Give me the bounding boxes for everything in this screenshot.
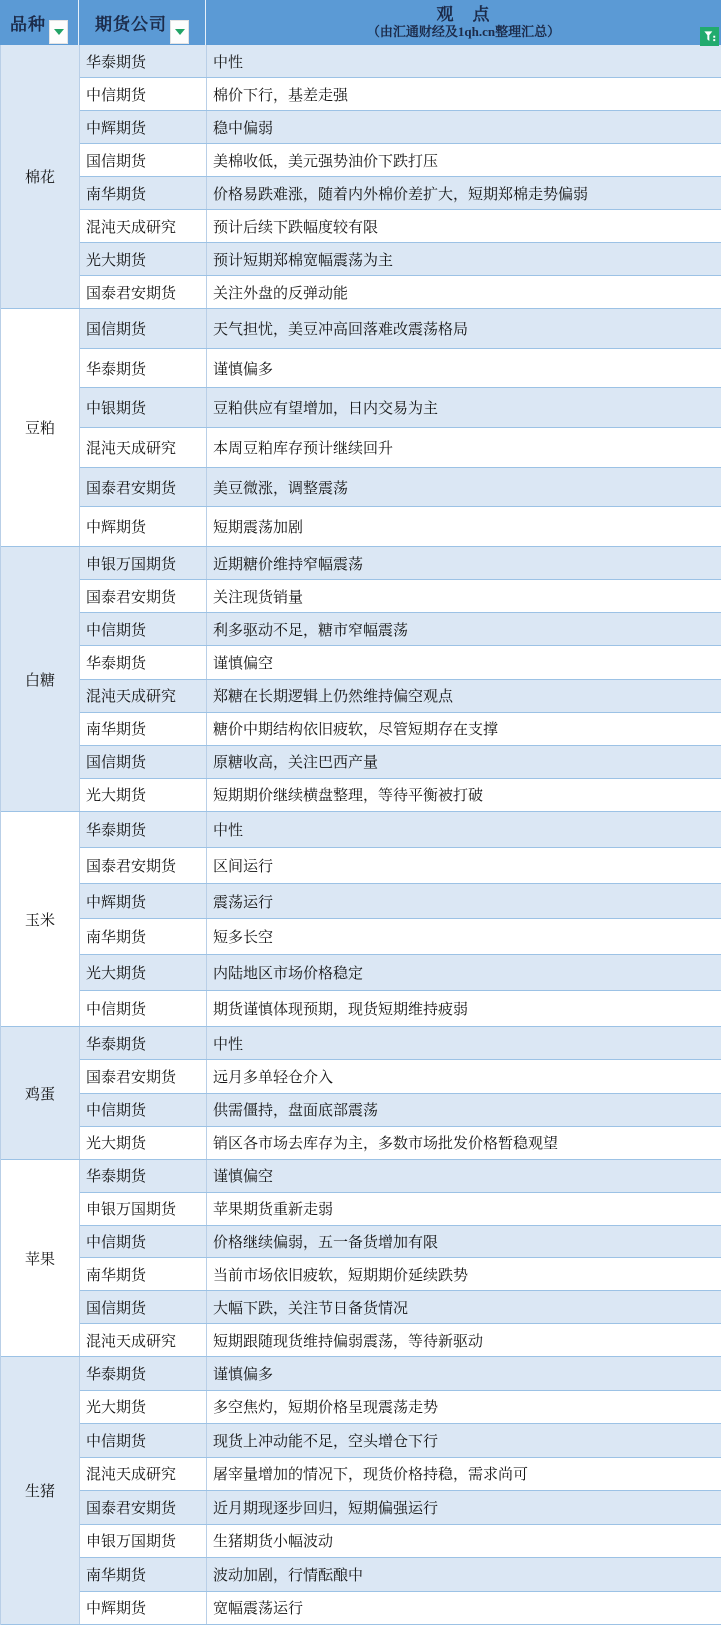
section-rows: 国信期货天气担忧，美豆冲高回落难改震荡格局华泰期货谨慎偏多中银期货豆粕供应有望增… (80, 309, 721, 546)
table-row: 国泰君安期货区间运行 (80, 848, 721, 884)
company-cell[interactable]: 中信期货 (80, 1424, 207, 1457)
commodity-section: 豆粕国信期货天气担忧，美豆冲高回落难改震荡格局华泰期货谨慎偏多中银期货豆粕供应有… (1, 309, 721, 547)
view-cell[interactable]: 宽幅震荡运行 (207, 1592, 721, 1625)
table-row: 国泰君安期货近月期现逐步回归，短期偏强运行 (80, 1491, 721, 1525)
variety-cell[interactable]: 玉米 (1, 812, 80, 1026)
variety-label: 鸡蛋 (25, 1083, 55, 1104)
company-name: 中信期货 (86, 1231, 146, 1252)
view-cell[interactable]: 美豆微涨，调整震荡 (207, 468, 721, 507)
company-cell[interactable]: 光大期货 (80, 243, 207, 275)
company-name: 中信期货 (86, 619, 146, 640)
company-name: 中辉期货 (86, 117, 146, 138)
company-cell[interactable]: 华泰期货 (80, 349, 207, 388)
view-text: 利多驱动不足，糖市窄幅震荡 (213, 619, 408, 640)
view-cell[interactable]: 关注现货销量 (207, 580, 721, 612)
view-text: 糖价中期结构依旧疲软，尽管短期存在支撑 (213, 718, 498, 739)
view-cell[interactable]: 价格易跌难涨，随着内外棉价差扩大，短期郑棉走势偏弱 (207, 177, 721, 209)
view-cell[interactable]: 糖价中期结构依旧疲软，尽管短期存在支撑 (207, 713, 721, 745)
view-text: 谨慎偏多 (213, 1363, 273, 1384)
company-cell[interactable]: 光大期货 (80, 1391, 207, 1424)
table-row: 中辉期货宽幅震荡运行 (80, 1592, 721, 1625)
view-text: 近期糖价维持窄幅震荡 (213, 553, 363, 574)
company-cell[interactable]: 国泰君安期货 (80, 580, 207, 612)
view-text: 生猪期货小幅波动 (213, 1530, 333, 1551)
section-rows: 华泰期货中性国泰君安期货区间运行中辉期货震荡运行南华期货短多长空光大期货内陆地区… (80, 812, 721, 1026)
view-text: 宽幅震荡运行 (213, 1597, 303, 1618)
table-header: 品种 期货公司 观 点 （由汇通财经及1qh.cn整理汇总） (0, 0, 721, 45)
company-cell[interactable]: 中信期货 (80, 1226, 207, 1258)
view-cell[interactable]: 中性 (207, 1027, 721, 1059)
company-name: 南华期货 (86, 926, 146, 947)
company-cell[interactable]: 华泰期货 (80, 1160, 207, 1192)
company-cell[interactable]: 国信期货 (80, 309, 207, 348)
view-text: 关注外盘的反弹动能 (213, 282, 348, 303)
company-cell[interactable]: 南华期货 (80, 177, 207, 209)
view-cell[interactable]: 区间运行 (207, 848, 721, 883)
view-text: 原糖收高，关注巴西产量 (213, 751, 378, 772)
table-row: 中银期货豆粕供应有望增加，日内交易为主 (80, 388, 721, 428)
table-row: 华泰期货中性 (80, 1027, 721, 1060)
commodity-section: 棉花华泰期货中性中信期货棉价下行，基差走强中辉期货稳中偏弱国信期货美棉收低，美元… (1, 45, 721, 309)
chevron-down-icon (175, 29, 185, 35)
table-row: 华泰期货中性 (80, 812, 721, 848)
view-cell[interactable]: 关注外盘的反弹动能 (207, 276, 721, 308)
section-rows: 华泰期货谨慎偏空申银万国期货苹果期货重新走弱中信期货价格继续偏弱，五一备货增加有… (80, 1160, 721, 1356)
company-cell[interactable]: 中辉期货 (80, 111, 207, 143)
company-name: 申银万国期货 (86, 1198, 176, 1219)
company-name: 国泰君安期货 (86, 282, 176, 303)
filter-funnel-icon[interactable] (700, 27, 719, 46)
view-cell[interactable]: 天气担忧，美豆冲高回落难改震荡格局 (207, 309, 721, 348)
view-cell[interactable]: 震荡运行 (207, 884, 721, 919)
view-text: 棉价下行，基差走强 (213, 84, 348, 105)
table-row: 混沌天成研究本周豆粕库存预计继续回升 (80, 428, 721, 468)
header-view-title: 观 点 (437, 5, 491, 25)
section-rows: 申银万国期货近期糖价维持窄幅震荡国泰君安期货关注现货销量中信期货利多驱动不足，糖… (80, 547, 721, 811)
company-name: 光大期货 (86, 249, 146, 270)
view-cell[interactable]: 远月多单轻仓介入 (207, 1060, 721, 1092)
table-row: 混沌天成研究郑糖在长期逻辑上仍然维持偏空观点 (80, 680, 721, 713)
view-cell[interactable]: 价格继续偏弱，五一备货增加有限 (207, 1226, 721, 1258)
table-row: 光大期货内陆地区市场价格稳定 (80, 955, 721, 991)
view-cell[interactable]: 短期震荡加剧 (207, 507, 721, 546)
view-cell[interactable]: 稳中偏弱 (207, 111, 721, 143)
futures-views-spreadsheet: 品种 期货公司 观 点 （由汇通财经及1qh.cn整理汇总） 棉花华泰期货中性中 (0, 0, 721, 1625)
table-row: 国信期货大幅下跌，关注节日备货情况 (80, 1291, 721, 1324)
table-row: 华泰期货谨慎偏空 (80, 1160, 721, 1193)
company-name: 中信期货 (86, 1430, 146, 1451)
view-text: 短期跟随现货维持偏弱震荡，等待新驱动 (213, 1330, 483, 1351)
company-name: 国泰君安期货 (86, 586, 176, 607)
table-row: 光大期货多空焦灼，短期价格呈现震荡走势 (80, 1391, 721, 1425)
company-name: 南华期货 (86, 718, 146, 739)
table-row: 中信期货供需僵持，盘面底部震荡 (80, 1094, 721, 1127)
company-cell[interactable]: 国信期货 (80, 144, 207, 176)
company-name: 混沌天成研究 (86, 1330, 176, 1351)
table-row: 国信期货天气担忧，美豆冲高回落难改震荡格局 (80, 309, 721, 349)
view-cell[interactable]: 豆粕供应有望增加，日内交易为主 (207, 388, 721, 427)
company-cell[interactable]: 混沌天成研究 (80, 1324, 207, 1356)
table-row: 申银万国期货近期糖价维持窄幅震荡 (80, 547, 721, 580)
company-name: 中银期货 (86, 397, 146, 418)
view-text: 豆粕供应有望增加，日内交易为主 (213, 397, 438, 418)
company-name: 国信期货 (86, 751, 146, 772)
table-row: 申银万国期货苹果期货重新走弱 (80, 1193, 721, 1226)
view-text: 本周豆粕库存预计继续回升 (213, 437, 393, 458)
company-cell[interactable]: 混沌天成研究 (80, 680, 207, 712)
view-cell[interactable]: 多空焦灼，短期价格呈现震荡走势 (207, 1391, 721, 1424)
view-cell[interactable]: 近期糖价维持窄幅震荡 (207, 547, 721, 579)
company-name: 混沌天成研究 (86, 1463, 176, 1484)
company-cell[interactable]: 混沌天成研究 (80, 210, 207, 242)
company-cell[interactable]: 中信期货 (80, 613, 207, 645)
view-cell[interactable]: 供需僵持，盘面底部震荡 (207, 1094, 721, 1126)
view-cell[interactable]: 谨慎偏空 (207, 1160, 721, 1192)
table-row: 申银万国期货生猪期货小幅波动 (80, 1525, 721, 1559)
view-text: 美棉收低，美元强势油价下跌打压 (213, 150, 438, 171)
variety-cell[interactable]: 苹果 (1, 1160, 80, 1356)
view-cell[interactable]: 内陆地区市场价格稳定 (207, 955, 721, 990)
company-name: 中辉期货 (86, 1597, 146, 1618)
view-cell[interactable]: 中性 (207, 45, 721, 77)
company-name: 华泰期货 (86, 819, 146, 840)
table-row: 中信期货现货上冲动能不足，空头增仓下行 (80, 1424, 721, 1458)
variety-cell[interactable]: 白糖 (1, 547, 80, 811)
view-text: 价格继续偏弱，五一备货增加有限 (213, 1231, 438, 1252)
view-cell[interactable]: 波动加剧，行情酝酿中 (207, 1558, 721, 1591)
view-cell[interactable]: 美棉收低，美元强势油价下跌打压 (207, 144, 721, 176)
company-name: 华泰期货 (86, 652, 146, 673)
table-row: 中信期货利多驱动不足，糖市窄幅震荡 (80, 613, 721, 646)
table-row: 中辉期货短期震荡加剧 (80, 507, 721, 546)
commodity-section: 白糖申银万国期货近期糖价维持窄幅震荡国泰君安期货关注现货销量中信期货利多驱动不足… (1, 547, 721, 812)
view-text: 谨慎偏空 (213, 1165, 273, 1186)
variety-label: 白糖 (25, 669, 55, 690)
company-cell[interactable]: 华泰期货 (80, 646, 207, 678)
header-company-label: 期货公司 (95, 10, 167, 35)
company-cell[interactable]: 国信期货 (80, 746, 207, 778)
view-text: 多空焦灼，短期价格呈现震荡走势 (213, 1396, 438, 1417)
company-name: 华泰期货 (86, 1363, 146, 1384)
view-cell[interactable]: 郑糖在长期逻辑上仍然维持偏空观点 (207, 680, 721, 712)
view-cell[interactable]: 利多驱动不足，糖市窄幅震荡 (207, 613, 721, 645)
view-text: 区间运行 (213, 855, 273, 876)
view-text: 近月期现逐步回归，短期偏强运行 (213, 1497, 438, 1518)
company-name: 中信期货 (86, 998, 146, 1019)
view-cell[interactable]: 屠宰量增加的情况下，现货价格持稳，需求尚可 (207, 1458, 721, 1491)
view-text: 期货谨慎体现预期，现货短期维持疲弱 (213, 998, 468, 1019)
company-cell[interactable]: 中信期货 (80, 1094, 207, 1126)
company-cell[interactable]: 中辉期货 (80, 507, 207, 546)
company-name: 国泰君安期货 (86, 1066, 176, 1087)
view-cell[interactable]: 短期期价继续横盘整理，等待平衡被打破 (207, 779, 721, 811)
view-text: 郑糖在长期逻辑上仍然维持偏空观点 (213, 685, 453, 706)
company-cell[interactable]: 华泰期货 (80, 812, 207, 847)
view-text: 波动加剧，行情酝酿中 (213, 1564, 363, 1585)
view-text: 美豆微涨，调整震荡 (213, 477, 348, 498)
company-cell[interactable]: 国泰君安期货 (80, 276, 207, 308)
variety-filter-dropdown-button[interactable] (49, 20, 68, 44)
company-name: 申银万国期货 (86, 1530, 176, 1551)
funnel-glyph (702, 29, 717, 44)
table-row: 混沌天成研究屠宰量增加的情况下，现货价格持稳，需求尚可 (80, 1458, 721, 1492)
table-row: 国信期货原糖收高，关注巴西产量 (80, 746, 721, 779)
header-cell-company[interactable]: 期货公司 (79, 0, 206, 45)
view-text: 远月多单轻仓介入 (213, 1066, 333, 1087)
view-cell[interactable]: 当前市场依旧疲软，短期期价延续跌势 (207, 1258, 721, 1290)
table-row: 国泰君安期货关注现货销量 (80, 580, 721, 613)
company-filter-dropdown-button[interactable] (170, 20, 189, 44)
company-name: 光大期货 (86, 962, 146, 983)
table-row: 华泰期货谨慎偏多 (80, 349, 721, 389)
company-name: 光大期货 (86, 1396, 146, 1417)
table-row: 中信期货期货谨慎体现预期，现货短期维持疲弱 (80, 991, 721, 1026)
company-cell[interactable]: 国泰君安期货 (80, 1060, 207, 1092)
company-name: 南华期货 (86, 1564, 146, 1585)
view-cell[interactable]: 预计后续下跌幅度较有限 (207, 210, 721, 242)
table-row: 华泰期货中性 (80, 45, 721, 78)
header-view-subtitle: （由汇通财经及1qh.cn整理汇总） (367, 25, 560, 40)
company-name: 国泰君安期货 (86, 477, 176, 498)
view-text: 中性 (213, 1033, 243, 1054)
company-cell[interactable]: 华泰期货 (80, 1027, 207, 1059)
table-row: 华泰期货谨慎偏空 (80, 646, 721, 679)
variety-cell[interactable]: 鸡蛋 (1, 1027, 80, 1159)
view-text: 价格易跌难涨，随着内外棉价差扩大，短期郑棉走势偏弱 (213, 183, 588, 204)
company-cell[interactable]: 中银期货 (80, 388, 207, 427)
variety-cell[interactable]: 生猪 (1, 1357, 80, 1624)
view-cell[interactable]: 谨慎偏多 (207, 1357, 721, 1390)
table-row: 混沌天成研究短期跟随现货维持偏弱震荡，等待新驱动 (80, 1324, 721, 1356)
view-cell[interactable]: 原糖收高，关注巴西产量 (207, 746, 721, 778)
table-row: 光大期货短期期价继续横盘整理，等待平衡被打破 (80, 779, 721, 811)
view-cell[interactable]: 销区各市场去库存为主，多数市场批发价格暂稳观望 (207, 1127, 721, 1159)
header-variety-label: 品种 (10, 10, 46, 35)
company-name: 国信期货 (86, 150, 146, 171)
company-name: 国泰君安期货 (86, 855, 176, 876)
section-rows: 华泰期货中性中信期货棉价下行，基差走强中辉期货稳中偏弱国信期货美棉收低，美元强势… (80, 45, 721, 308)
header-cell-view[interactable]: 观 点 （由汇通财经及1qh.cn整理汇总） (206, 0, 721, 45)
section-rows: 华泰期货谨慎偏多光大期货多空焦灼，短期价格呈现震荡走势中信期货现货上冲动能不足，… (80, 1357, 721, 1624)
company-cell[interactable]: 中辉期货 (80, 1592, 207, 1625)
table-row: 南华期货短多长空 (80, 919, 721, 955)
view-text: 苹果期货重新走弱 (213, 1198, 333, 1219)
view-text: 屠宰量增加的情况下，现货价格持稳，需求尚可 (213, 1463, 528, 1484)
company-name: 混沌天成研究 (86, 685, 176, 706)
company-name: 混沌天成研究 (86, 437, 176, 458)
view-text: 销区各市场去库存为主，多数市场批发价格暂稳观望 (213, 1132, 558, 1153)
company-cell[interactable]: 国泰君安期货 (80, 848, 207, 883)
company-cell[interactable]: 华泰期货 (80, 1357, 207, 1390)
company-name: 混沌天成研究 (86, 216, 176, 237)
commodity-section: 鸡蛋华泰期货中性国泰君安期货远月多单轻仓介入中信期货供需僵持，盘面底部震荡光大期… (1, 1027, 721, 1160)
company-cell[interactable]: 申银万国期货 (80, 1525, 207, 1558)
variety-label: 豆粕 (25, 417, 55, 438)
company-cell[interactable]: 申银万国期货 (80, 547, 207, 579)
view-text: 中性 (213, 51, 243, 72)
commodity-section: 生猪华泰期货谨慎偏多光大期货多空焦灼，短期价格呈现震荡走势中信期货现货上冲动能不… (1, 1357, 721, 1625)
view-text: 谨慎偏多 (213, 358, 273, 379)
company-cell[interactable]: 申银万国期货 (80, 1193, 207, 1225)
view-text: 短期震荡加剧 (213, 516, 303, 537)
company-name: 中信期货 (86, 1099, 146, 1120)
company-name: 国信期货 (86, 318, 146, 339)
table-row: 中辉期货震荡运行 (80, 884, 721, 920)
company-name: 南华期货 (86, 183, 146, 204)
view-cell[interactable]: 短多长空 (207, 919, 721, 954)
view-text: 短多长空 (213, 926, 273, 947)
view-cell[interactable]: 近月期现逐步回归，短期偏强运行 (207, 1491, 721, 1524)
company-cell[interactable]: 光大期货 (80, 779, 207, 811)
view-text: 中性 (213, 819, 243, 840)
table-row: 光大期货预计短期郑棉宽幅震荡为主 (80, 243, 721, 276)
variety-label: 生猪 (25, 1480, 55, 1501)
commodity-section: 玉米华泰期货中性国泰君安期货区间运行中辉期货震荡运行南华期货短多长空光大期货内陆… (1, 812, 721, 1027)
company-cell[interactable]: 混沌天成研究 (80, 428, 207, 467)
variety-label: 棉花 (25, 166, 55, 187)
view-cell[interactable]: 期货谨慎体现预期，现货短期维持疲弱 (207, 991, 721, 1026)
company-name: 华泰期货 (86, 1033, 146, 1054)
chevron-down-icon (54, 29, 64, 35)
company-cell[interactable]: 中辉期货 (80, 884, 207, 919)
view-text: 预计后续下跌幅度较有限 (213, 216, 378, 237)
view-text: 天气担忧，美豆冲高回落难改震荡格局 (213, 318, 468, 339)
view-cell[interactable]: 谨慎偏多 (207, 349, 721, 388)
company-name: 中辉期货 (86, 891, 146, 912)
table-row: 光大期货销区各市场去库存为主，多数市场批发价格暂稳观望 (80, 1127, 721, 1159)
company-name: 中信期货 (86, 84, 146, 105)
table-row: 南华期货糖价中期结构依旧疲软，尽管短期存在支撑 (80, 713, 721, 746)
company-cell[interactable]: 中信期货 (80, 991, 207, 1026)
table-body: 棉花华泰期货中性中信期货棉价下行，基差走强中辉期货稳中偏弱国信期货美棉收低，美元… (0, 45, 721, 1625)
table-row: 南华期货价格易跌难涨，随着内外棉价差扩大，短期郑棉走势偏弱 (80, 177, 721, 210)
view-cell[interactable]: 预计短期郑棉宽幅震荡为主 (207, 243, 721, 275)
company-cell[interactable]: 中信期货 (80, 78, 207, 110)
company-name: 申银万国期货 (86, 553, 176, 574)
company-name: 光大期货 (86, 1132, 146, 1153)
variety-label: 玉米 (25, 909, 55, 930)
company-cell[interactable]: 南华期货 (80, 919, 207, 954)
view-text: 现货上冲动能不足，空头增仓下行 (213, 1430, 438, 1451)
view-cell[interactable]: 大幅下跌，关注节日备货情况 (207, 1291, 721, 1323)
company-cell[interactable]: 南华期货 (80, 713, 207, 745)
company-cell[interactable]: 国泰君安期货 (80, 468, 207, 507)
view-text: 震荡运行 (213, 891, 273, 912)
view-text: 供需僵持，盘面底部震荡 (213, 1099, 378, 1120)
view-text: 谨慎偏空 (213, 652, 273, 673)
commodity-section: 苹果华泰期货谨慎偏空申银万国期货苹果期货重新走弱中信期货价格继续偏弱，五一备货增… (1, 1160, 721, 1357)
view-cell[interactable]: 苹果期货重新走弱 (207, 1193, 721, 1225)
header-cell-variety[interactable]: 品种 (0, 0, 79, 45)
view-text: 当前市场依旧疲软，短期期价延续跌势 (213, 1264, 468, 1285)
view-cell[interactable]: 现货上冲动能不足，空头增仓下行 (207, 1424, 721, 1457)
view-text: 短期期价继续横盘整理，等待平衡被打破 (213, 784, 483, 805)
company-name: 华泰期货 (86, 358, 146, 379)
company-name: 华泰期货 (86, 51, 146, 72)
table-row: 中信期货棉价下行，基差走强 (80, 78, 721, 111)
view-text: 关注现货销量 (213, 586, 303, 607)
table-row: 混沌天成研究预计后续下跌幅度较有限 (80, 210, 721, 243)
view-cell[interactable]: 中性 (207, 812, 721, 847)
company-name: 国泰君安期货 (86, 1497, 176, 1518)
view-text: 稳中偏弱 (213, 117, 273, 138)
table-row: 国泰君安期货远月多单轻仓介入 (80, 1060, 721, 1093)
company-cell[interactable]: 国泰君安期货 (80, 1491, 207, 1524)
table-row: 南华期货波动加剧，行情酝酿中 (80, 1558, 721, 1592)
table-row: 华泰期货谨慎偏多 (80, 1357, 721, 1391)
view-cell[interactable]: 生猪期货小幅波动 (207, 1525, 721, 1558)
company-name: 国信期货 (86, 1297, 146, 1318)
company-cell[interactable]: 光大期货 (80, 1127, 207, 1159)
company-name: 光大期货 (86, 784, 146, 805)
table-row: 国泰君安期货关注外盘的反弹动能 (80, 276, 721, 308)
company-name: 南华期货 (86, 1264, 146, 1285)
company-cell[interactable]: 南华期货 (80, 1558, 207, 1591)
variety-label: 苹果 (25, 1248, 55, 1269)
company-cell[interactable]: 国信期货 (80, 1291, 207, 1323)
table-row: 国泰君安期货美豆微涨，调整震荡 (80, 468, 721, 508)
company-cell[interactable]: 混沌天成研究 (80, 1458, 207, 1491)
view-text: 预计短期郑棉宽幅震荡为主 (213, 249, 393, 270)
company-cell[interactable]: 南华期货 (80, 1258, 207, 1290)
variety-cell[interactable]: 豆粕 (1, 309, 80, 546)
view-text: 大幅下跌，关注节日备货情况 (213, 1297, 408, 1318)
table-row: 国信期货美棉收低，美元强势油价下跌打压 (80, 144, 721, 177)
view-cell[interactable]: 棉价下行，基差走强 (207, 78, 721, 110)
table-row: 中辉期货稳中偏弱 (80, 111, 721, 144)
table-row: 中信期货价格继续偏弱，五一备货增加有限 (80, 1226, 721, 1259)
company-name: 中辉期货 (86, 516, 146, 537)
company-cell[interactable]: 光大期货 (80, 955, 207, 990)
section-rows: 华泰期货中性国泰君安期货远月多单轻仓介入中信期货供需僵持，盘面底部震荡光大期货销… (80, 1027, 721, 1159)
company-cell[interactable]: 华泰期货 (80, 45, 207, 77)
variety-cell[interactable]: 棉花 (1, 45, 80, 308)
company-name: 华泰期货 (86, 1165, 146, 1186)
view-cell[interactable]: 短期跟随现货维持偏弱震荡，等待新驱动 (207, 1324, 721, 1356)
view-cell[interactable]: 谨慎偏空 (207, 646, 721, 678)
view-cell[interactable]: 本周豆粕库存预计继续回升 (207, 428, 721, 467)
table-row: 南华期货当前市场依旧疲软，短期期价延续跌势 (80, 1258, 721, 1291)
view-text: 内陆地区市场价格稳定 (213, 962, 363, 983)
